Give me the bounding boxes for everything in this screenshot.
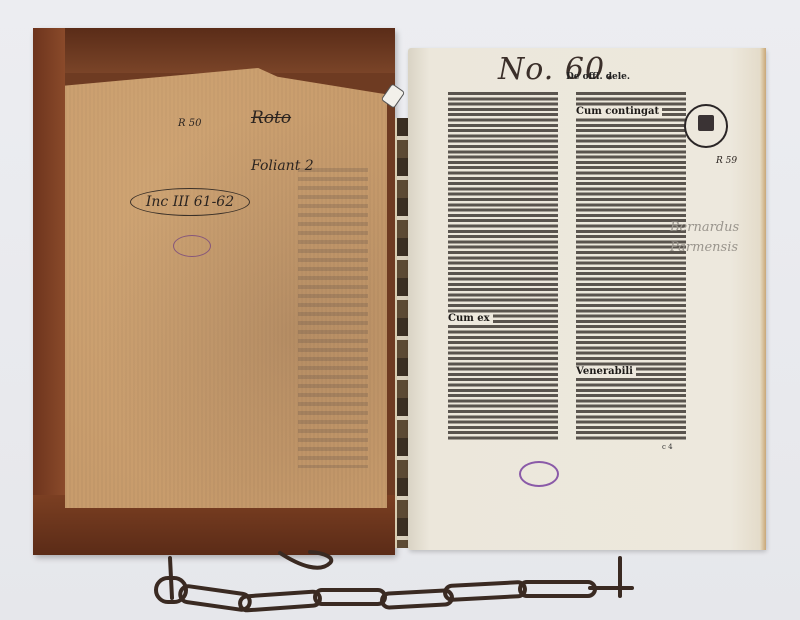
inscription-format: Foliant 2 (251, 158, 314, 174)
rubric-heading: Cum contingat (576, 106, 662, 117)
round-library-stamp-icon (684, 104, 728, 148)
inscription-old-number: R 50 (178, 118, 201, 129)
rubric-heading: Cum ex (448, 313, 493, 324)
signature-mark: c 4 (662, 443, 673, 451)
shelfmark-label: Inc III 61-62 (130, 188, 250, 216)
oval-library-stamp-icon (519, 461, 559, 487)
pencil-note: Bernardus Parmensis (670, 218, 739, 258)
gothic-text-lines (576, 92, 686, 440)
iron-chain-icon (150, 548, 640, 618)
library-stamp-icon (173, 235, 211, 257)
offset-print-stain (298, 168, 368, 468)
text-column-right (576, 92, 686, 440)
inscription-old-number: R 59 (716, 156, 737, 166)
leather-turn-in-top (33, 28, 395, 73)
running-head: De offi. dele. (566, 72, 630, 82)
first-printed-leaf: No. 60. De offi. dele. Cum contingat Cum… (408, 48, 766, 550)
pencil-note-line: Parmensis (670, 238, 739, 258)
rubric-heading: Venerabili (576, 366, 636, 377)
inner-front-board: R 50 Roto Foliant 2 Inc III 61-62 (33, 28, 395, 555)
page-fore-edge (760, 48, 766, 550)
text-column-left (448, 92, 558, 440)
inscription-struck: Roto (251, 108, 291, 128)
pencil-note-line: Bernardus (670, 218, 739, 238)
leather-turn-in-left (33, 28, 65, 555)
gothic-text-lines (448, 92, 558, 440)
